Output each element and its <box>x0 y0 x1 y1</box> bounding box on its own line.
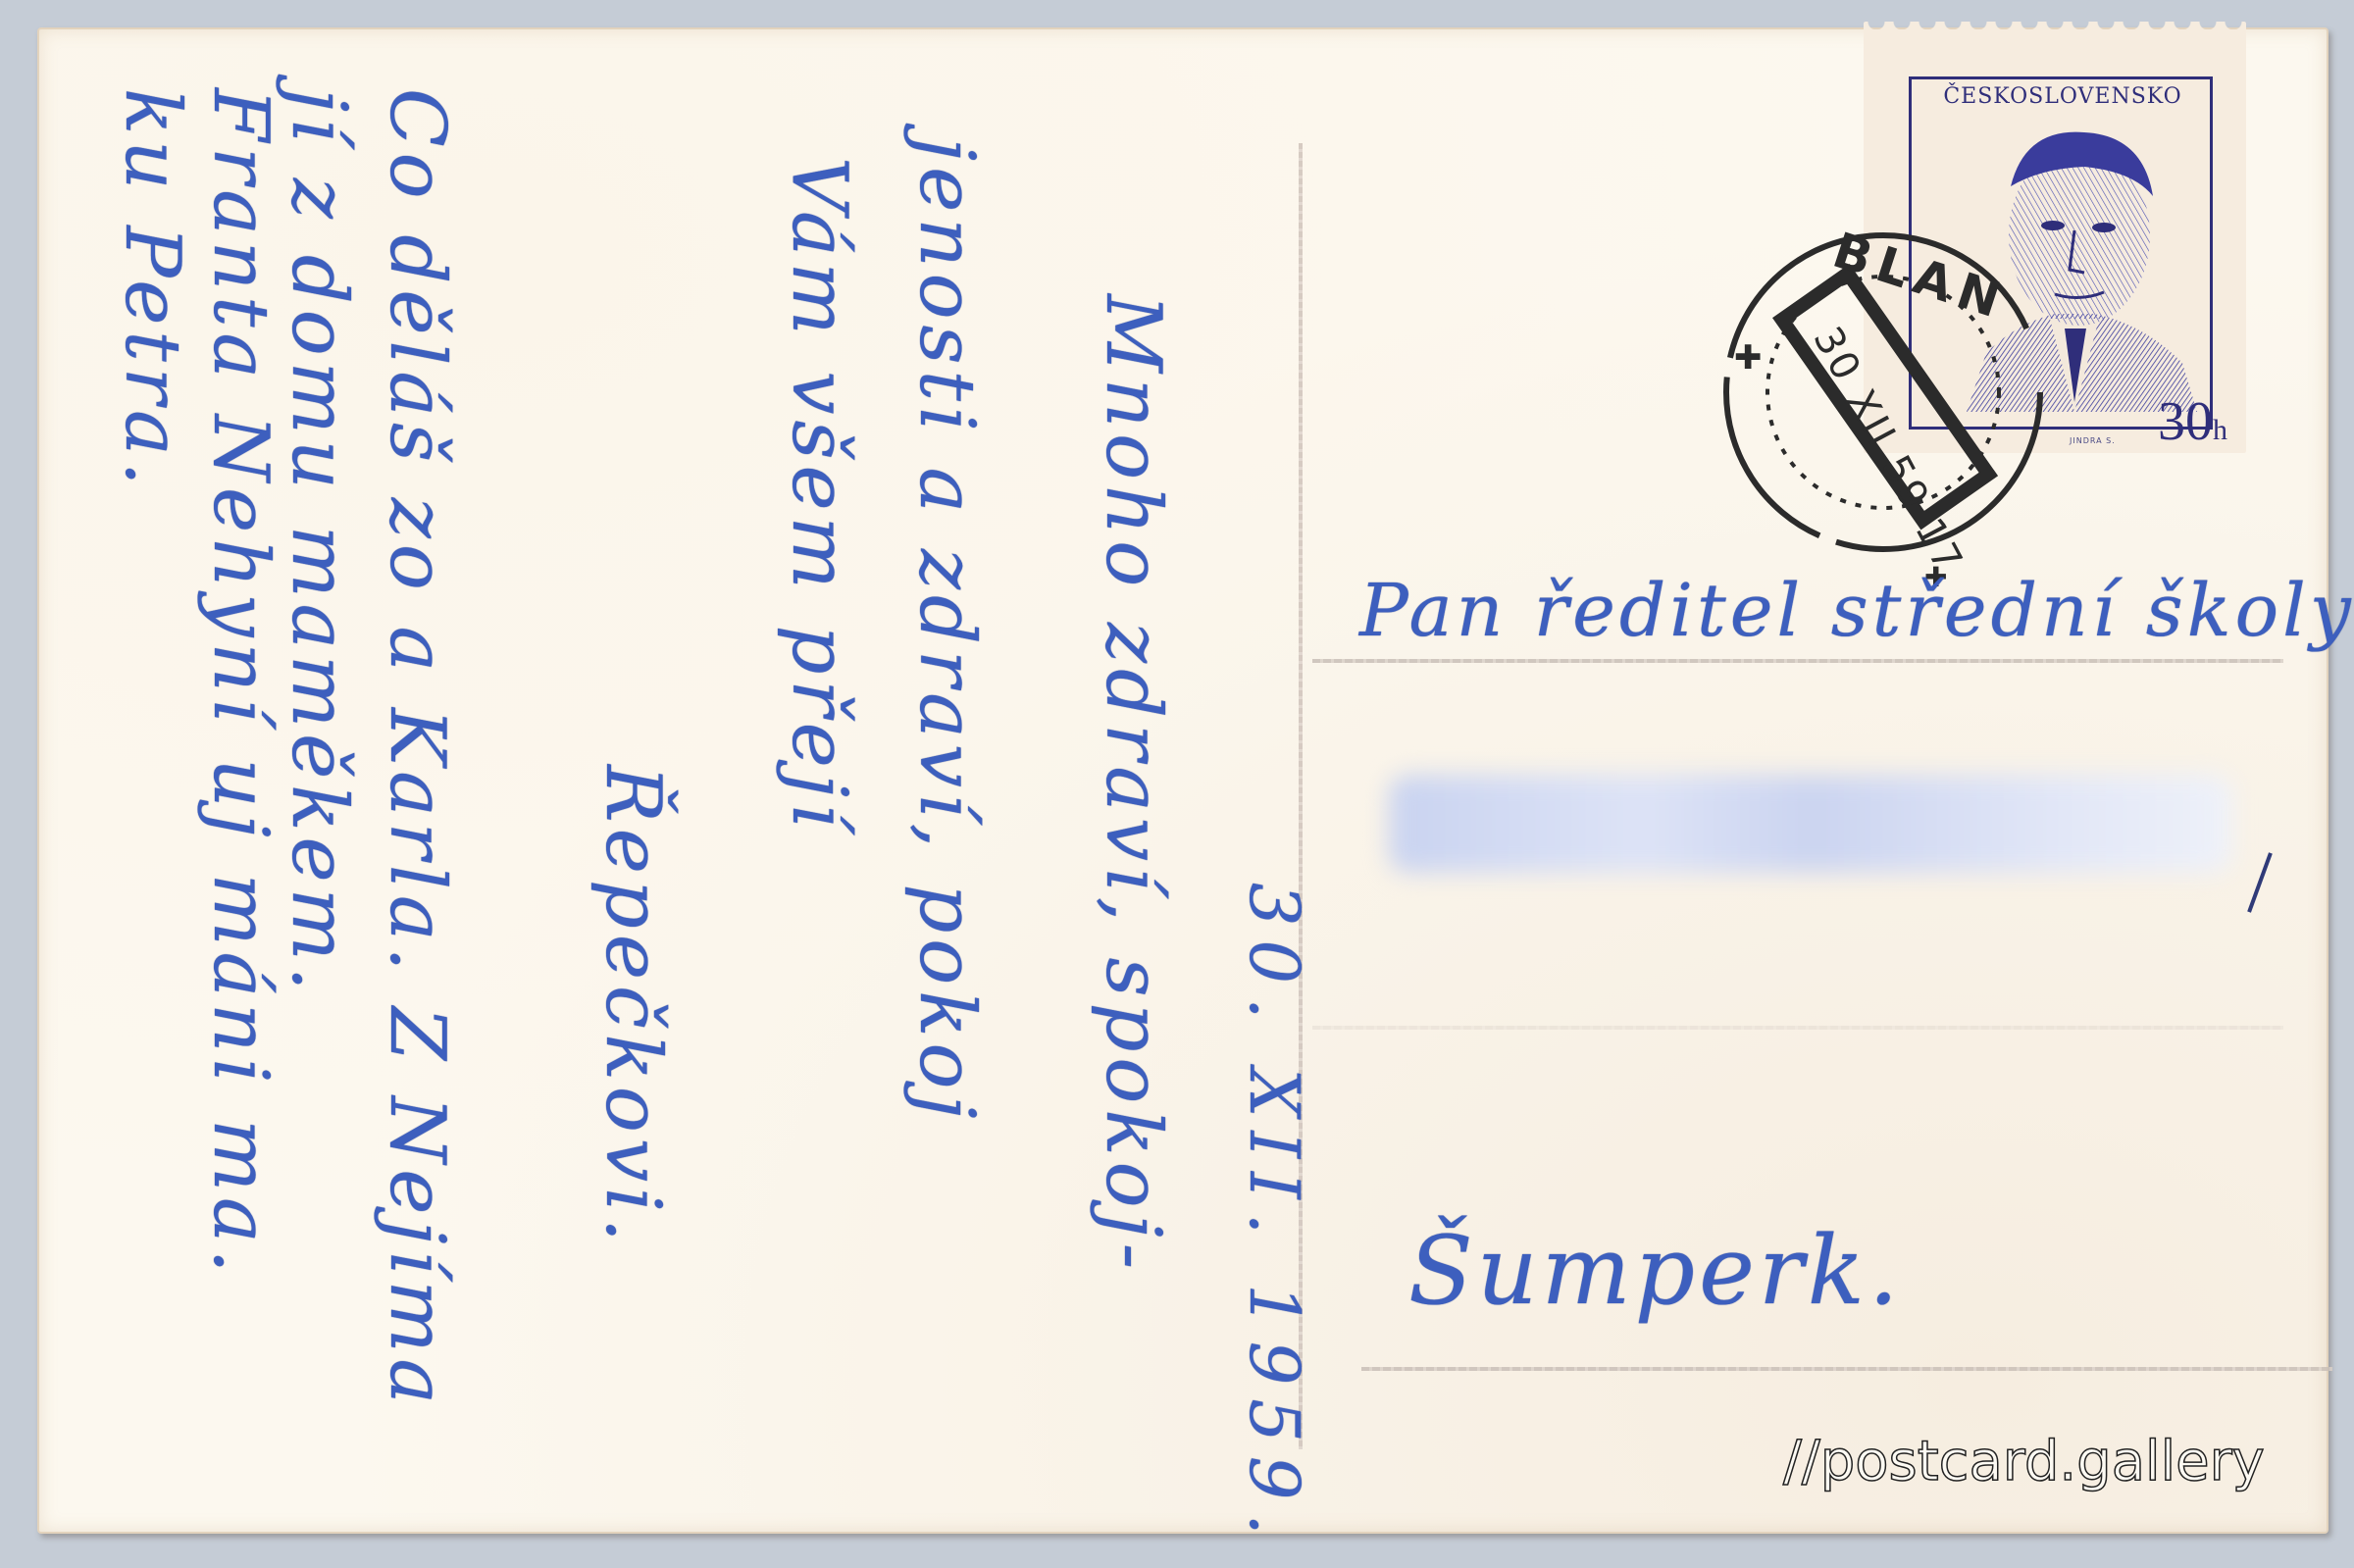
stamp-country: ČESKOSLOVENSKO <box>1920 84 2205 109</box>
stamp-value-unit: h <box>2213 414 2227 446</box>
address-rule-1 <box>1312 659 2283 663</box>
address-line-2-redacted <box>1389 775 2232 873</box>
address-line-1: Pan ředitel střední školy <box>1359 569 2354 653</box>
stamp-engraver: JINDRA S. <box>2070 436 2116 445</box>
message-line: Franta Nehyní uj máni ma. <box>196 88 284 1279</box>
greeting-line: jenosti a zdraví, pokoj <box>902 137 991 1125</box>
address-rule-3 <box>1361 1367 2332 1371</box>
stamp-value: 30h <box>2158 390 2227 453</box>
date: 30. XII. 1959. <box>1234 883 1314 1549</box>
address-city: Šumperk. <box>1408 1216 1902 1326</box>
message-line: Co děláš zo a Karla. Z Nejíma <box>373 88 461 1410</box>
greeting-line: Mnoho zdraví, spokoj- <box>1089 294 1177 1275</box>
address-rule-2 <box>1312 1026 2283 1030</box>
svg-text:✚: ✚ <box>1734 338 1763 378</box>
watermark: //postcard.gallery <box>1783 1430 2265 1493</box>
message-line: ku Petra. <box>108 88 196 491</box>
greeting-line: Vám všem přejí <box>775 157 863 834</box>
message-line: jí z domu maměkem. <box>275 88 363 996</box>
signature: Řepečkovi. <box>588 765 677 1248</box>
stamp-value-number: 30 <box>2158 391 2213 452</box>
